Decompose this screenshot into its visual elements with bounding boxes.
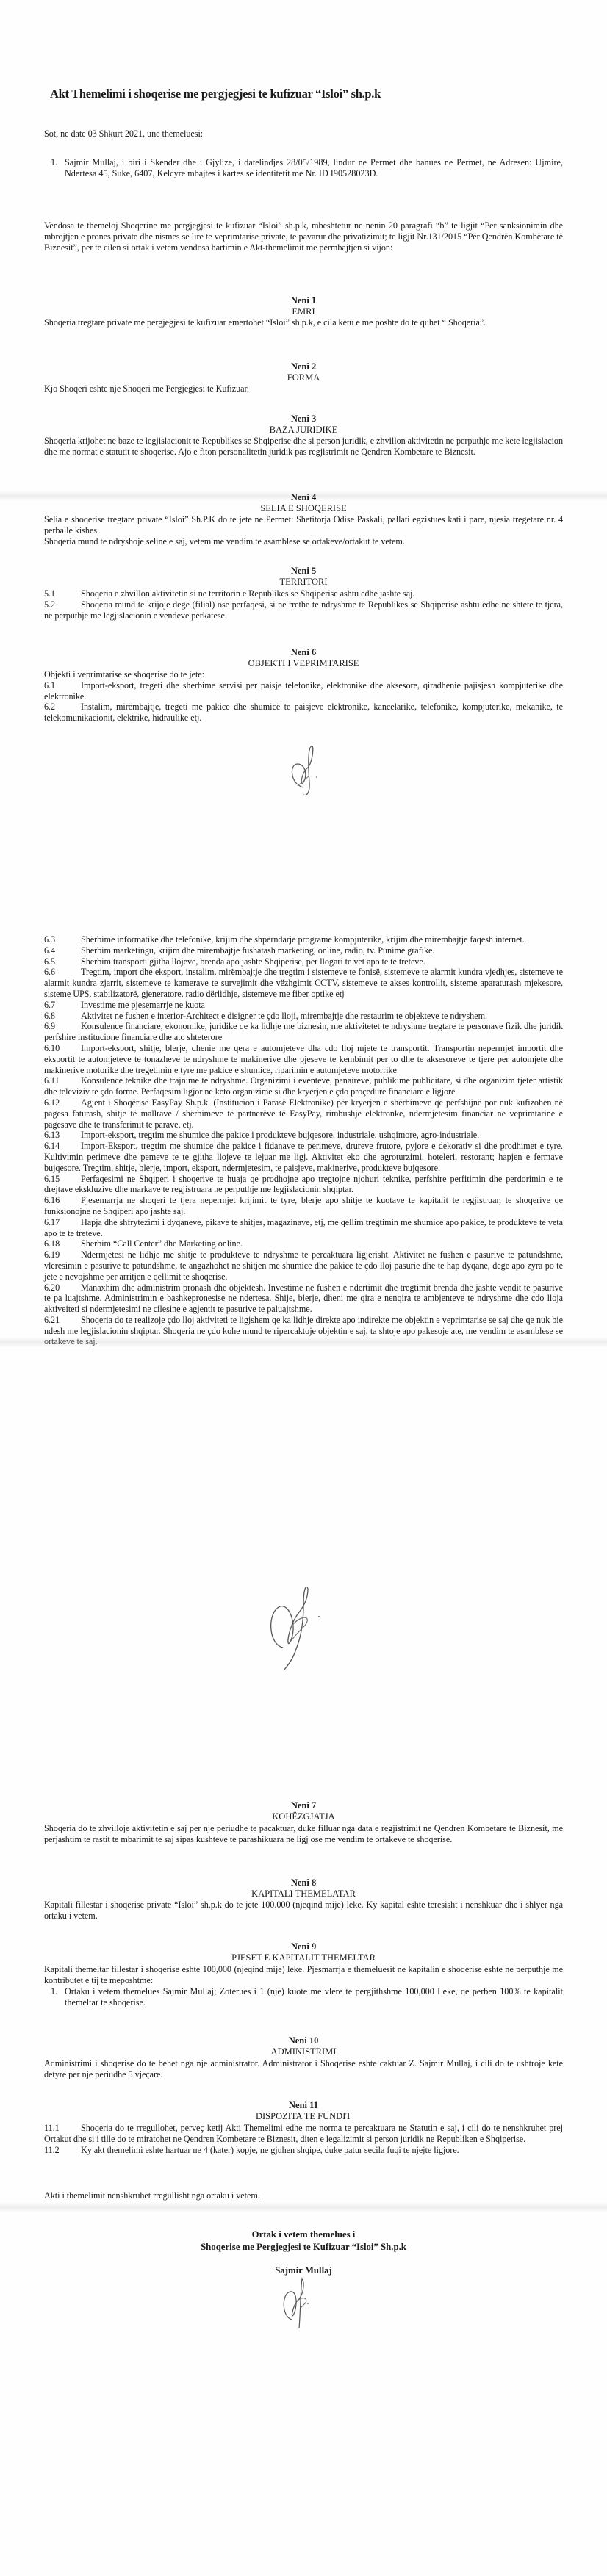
article-title: DISPOZITA TE FUNDIT xyxy=(0,2111,607,2122)
item-text: Sherbim marketingu, krijim dhe mirembajt… xyxy=(81,945,434,956)
article-number: Neni 2 xyxy=(0,361,607,372)
item-number: 6.19 xyxy=(44,1249,81,1260)
list-item: 5.2Shoqeria mund te krijoje dege (filial… xyxy=(44,599,563,621)
article-7-text: Shoqeria do te zhvilloje aktivitetin e s… xyxy=(44,1823,563,1845)
list-item: 6.20Manaxhim dhe administrim pronash dhe… xyxy=(44,1282,563,1315)
list-item: 6.9Konsulence financiare, ekonomike, jur… xyxy=(44,1021,563,1043)
list-item: 6.5Sherbim transporti gjitha llojeve, br… xyxy=(44,956,563,967)
item-text: Shoqeria mund te krijoje dege (filial) o… xyxy=(44,599,563,621)
article-8-heading: Neni 8 KAPITALI THEMELATAR xyxy=(0,1877,607,1899)
article-3-text: Shoqeria krijohet ne baze te legjislacio… xyxy=(44,436,563,458)
founder-text: Sajmir Mullaj, i biri i Skender dhe i Gj… xyxy=(65,157,563,178)
item-number: 1. xyxy=(51,1986,57,1997)
item-text: Perfaqesimi ne Shqiperi i shoqerive te h… xyxy=(44,1174,563,1195)
article-title: OBJEKTI I VEPRIMTARISE xyxy=(0,658,607,669)
item-text: Hapja dhe shfrytezimi i dyqaneve, pikave… xyxy=(44,1217,563,1238)
article-number: Neni 1 xyxy=(0,295,607,306)
article-3-heading: Neni 3 BAZA JURIDIKE xyxy=(0,414,607,436)
list-item: 11.2Ky akt themelimi eshte hartuar ne 4 … xyxy=(44,2145,563,2156)
article-number: Neni 8 xyxy=(0,1877,607,1888)
list-item: 6.6Tregtim, import dhe eksport, instalim… xyxy=(44,967,563,999)
item-number: 6.1 xyxy=(44,680,81,691)
article-5-items: 5.1Shoqeria e zhvillon aktivitetin si ne… xyxy=(44,588,563,621)
signature-image xyxy=(283,742,327,801)
item-number: 6.3 xyxy=(44,934,81,945)
item-text: Konsulence financiare, ekonomike, juridi… xyxy=(44,1021,563,1042)
item-number: 6.7 xyxy=(44,1000,81,1011)
article-2-heading: Neni 2 FORMA xyxy=(0,361,607,383)
article-number: Neni 3 xyxy=(0,414,607,425)
article-1-heading: Neni 1 EMRI xyxy=(0,295,607,317)
item-text: Shoqeria e zhvillon aktivitetin si ne te… xyxy=(81,588,414,599)
article-11-heading: Neni 11 DISPOZITA TE FUNDIT xyxy=(0,2100,607,2122)
item-text: Investime me pjesemarrje ne kuota xyxy=(81,1000,205,1010)
intro-text: Sot, ne date 03 Shkurt 2021, une themelu… xyxy=(44,129,563,140)
document-page: Akt Themelimi i shoqerise me pergjegjesi… xyxy=(0,0,607,2576)
list-item: 5.1Shoqeria e zhvillon aktivitetin si ne… xyxy=(44,588,563,599)
item-number: 11.2 xyxy=(44,2145,81,2156)
article-number: Neni 11 xyxy=(0,2100,607,2111)
article-number: Neni 6 xyxy=(0,647,607,658)
article-number: Neni 9 xyxy=(0,1941,607,1952)
list-item: 6.10Import-eksport, shitje, blerje, dhen… xyxy=(44,1043,563,1075)
item-text: Sherbim transporti gjitha llojeve, brend… xyxy=(81,956,425,967)
item-number: 6.5 xyxy=(44,956,81,967)
item-text: Import-eksport, tregtim me shumice dhe p… xyxy=(81,1130,479,1140)
founder-item: 1. Sajmir Mullaj, i biri i Skender dhe i… xyxy=(65,157,563,179)
scan-artifact xyxy=(0,1337,607,1347)
article-4-heading: Neni 4 SELIA E SHOQERISE xyxy=(0,492,607,514)
item-text: Aktivitet ne fushen e interior-Architect… xyxy=(81,1011,487,1021)
list-item: 6.19Ndermjetesi ne lidhje me shitje te p… xyxy=(44,1249,563,1282)
item-number: 6.9 xyxy=(44,1021,81,1032)
article-2-text: Kjo Shoqeri eshte nje Shoqeri me Pergjeg… xyxy=(44,383,563,394)
document-title: Akt Themelimi i shoqerise me pergjegjesi… xyxy=(50,87,381,101)
article-4-text-2: Shoqeria mund te ndryshoje seline e saj,… xyxy=(44,536,563,547)
signature-image xyxy=(261,1583,327,1671)
closing-line-2: Shoqerise me Pergjegjesi te Kufizuar “Is… xyxy=(0,2241,607,2254)
list-item: 6.18Sherbim “Call Center” dhe Marketing … xyxy=(44,1238,563,1249)
article-7-heading: Neni 7 KOHËZGJATJA xyxy=(0,1800,607,1822)
item-number: 6.6 xyxy=(44,967,81,978)
item-text: Sherbim “Call Center” dhe Marketing onli… xyxy=(81,1238,243,1249)
item-text: Konsulence teknike dhe trajnime te ndrys… xyxy=(44,1075,563,1097)
item-number: 5.2 xyxy=(44,599,81,610)
article-8-text: Kapitali fillestar i shoqerise private “… xyxy=(44,1899,563,1922)
item-number: 6.16 xyxy=(44,1195,81,1206)
item-number: 6.4 xyxy=(44,945,81,956)
list-item: 6.11Konsulence teknike dhe trajnime te n… xyxy=(44,1075,563,1097)
article-11-items: 11.1Shoqeria do te rregullohet, perveç k… xyxy=(44,2123,563,2155)
article-number: Neni 4 xyxy=(0,492,607,503)
list-item: 6.3Shërbime informatike dhe telefonike, … xyxy=(44,934,563,945)
item-text: Agjent i Shoqërisë EasyPay Sh.p.k. (Inst… xyxy=(44,1097,563,1130)
item-number: 6.21 xyxy=(44,1315,81,1326)
item-text: Import-Eksport, tregtim me shumice dhe p… xyxy=(44,1141,563,1173)
closing-line-1: Ortak i vetem themelues i xyxy=(0,2229,607,2241)
item-text: Ndermjetesi ne lidhje me shitje te produ… xyxy=(44,1249,563,1282)
item-number: 6.10 xyxy=(44,1043,81,1054)
final-statement: Akti i themelimit nenshkruhet rregullish… xyxy=(44,2190,563,2201)
list-item: 6.13Import-eksport, tregtim me shumice d… xyxy=(44,1130,563,1141)
article-number: Neni 10 xyxy=(0,2035,607,2046)
list-item: 6.2Instalim, mirëmbajtje, tregeti me pak… xyxy=(44,701,563,724)
item-number: 6.2 xyxy=(44,701,81,712)
list-item: 6.1Import-eksport, tregeti dhe sherbime … xyxy=(44,680,563,702)
item-number: 6.15 xyxy=(44,1174,81,1185)
article-title: SELIA E SHOQERISE xyxy=(0,503,607,514)
item-text: Shërbime informatike dhe telefonike, kri… xyxy=(81,934,525,945)
item-number: 6.14 xyxy=(44,1141,81,1152)
item-number: 6.13 xyxy=(44,1130,81,1141)
list-item: 6.14Import-Eksport, tregtim me shumice d… xyxy=(44,1141,563,1173)
article-6-items-part1: Objekti i veprimtarise se shoqerise do t… xyxy=(44,669,563,724)
item-text: Shoqeria do te rregullohet, perveç ketij… xyxy=(44,2123,563,2144)
list-item: 6.15Perfaqesimi ne Shqiperi i shoqerive … xyxy=(44,1174,563,1196)
article-5-heading: Neni 5 TERRITORI xyxy=(0,566,607,588)
article-title: PJESET E KAPITALIT THEMELTAR xyxy=(0,1952,607,1963)
list-item: 6.16Pjesemarrja ne shoqeri te tjera nepe… xyxy=(44,1195,563,1217)
article-title: EMRI xyxy=(0,306,607,317)
article-title: ADMINISTRIMI xyxy=(0,2046,607,2057)
list-item: 6.8Aktivitet ne fushen e interior-Archit… xyxy=(44,1011,563,1022)
item-text: Instalim, mirëmbajtje, tregeti me pakice… xyxy=(44,701,563,723)
item-text: Pjesemarrja ne shoqeri te tjera nepermje… xyxy=(44,1195,563,1216)
item-number: 11.1 xyxy=(44,2123,81,2134)
decision-text: Vendosa te themeloj Shoqerine me pergjeg… xyxy=(44,220,563,253)
article-9-list-item: 1. Ortaku i vetem themelues Sajmir Mulla… xyxy=(65,1986,563,2008)
item-number: 6.11 xyxy=(44,1075,81,1086)
item-text: Manaxhim dhe administrim pronash dhe obj… xyxy=(44,1282,563,1315)
signature-image xyxy=(276,2276,320,2331)
article-6-intro: Objekti i veprimtarise se shoqerise do t… xyxy=(44,669,563,680)
article-title: FORMA xyxy=(0,372,607,383)
item-text: Import-eksport, tregeti dhe sherbime ser… xyxy=(44,680,563,701)
item-number: 6.20 xyxy=(44,1282,81,1294)
article-9-text: Kapitali themeltar fillestar i shoqerise… xyxy=(44,1964,563,1986)
item-number: 6.17 xyxy=(44,1217,81,1228)
list-item: 6.4Sherbim marketingu, krijim dhe miremb… xyxy=(44,945,563,956)
article-number: Neni 7 xyxy=(0,1800,607,1811)
article-9-heading: Neni 9 PJESET E KAPITALIT THEMELTAR xyxy=(0,1941,607,1963)
item-text: Ortaku i vetem themelues Sajmir Mullaj; … xyxy=(65,1986,563,2007)
scan-artifact xyxy=(0,2202,607,2212)
item-text: Import-eksport, shitje, blerje, dhenie m… xyxy=(44,1043,563,1075)
list-item: 11.1Shoqeria do te rregullohet, perveç k… xyxy=(44,2123,563,2145)
article-10-text: Administrimi i shoqerise do te behet nga… xyxy=(44,2058,563,2080)
article-number: Neni 5 xyxy=(0,566,607,577)
list-item: 6.17Hapja dhe shfrytezimi i dyqaneve, pi… xyxy=(44,1217,563,1239)
article-title: BAZA JURIDIKE xyxy=(0,425,607,436)
list-item: 6.7Investime me pjesemarrje ne kuota xyxy=(44,1000,563,1011)
article-title: TERRITORI xyxy=(0,577,607,588)
article-6-items-part2: 6.3Shërbime informatike dhe telefonike, … xyxy=(44,934,563,1347)
article-title: KAPITALI THEMELATAR xyxy=(0,1888,607,1899)
article-10-heading: Neni 10 ADMINISTRIMI xyxy=(0,2035,607,2057)
item-text: Tregtim, import dhe eksport, instalim, m… xyxy=(44,967,563,999)
founder-number: 1. xyxy=(51,157,57,168)
article-title: KOHËZGJATJA xyxy=(0,1811,607,1822)
item-text: Ky akt themelimi eshte hartuar ne 4 (kat… xyxy=(81,2145,459,2155)
item-number: 6.8 xyxy=(44,1011,81,1022)
item-number: 6.12 xyxy=(44,1097,81,1108)
item-number: 6.18 xyxy=(44,1238,81,1249)
article-6-heading: Neni 6 OBJEKTI I VEPRIMTARISE xyxy=(0,647,607,669)
article-4-text: Selia e shoqerise tregtare private “Islo… xyxy=(44,514,563,536)
item-number: 5.1 xyxy=(44,588,81,599)
list-item: 6.12Agjent i Shoqërisë EasyPay Sh.p.k. (… xyxy=(44,1097,563,1130)
closing-block: Ortak i vetem themelues i Shoqerise me P… xyxy=(0,2229,607,2277)
article-1-text: Shoqeria tregtare private me pergjegjesi… xyxy=(44,317,563,328)
